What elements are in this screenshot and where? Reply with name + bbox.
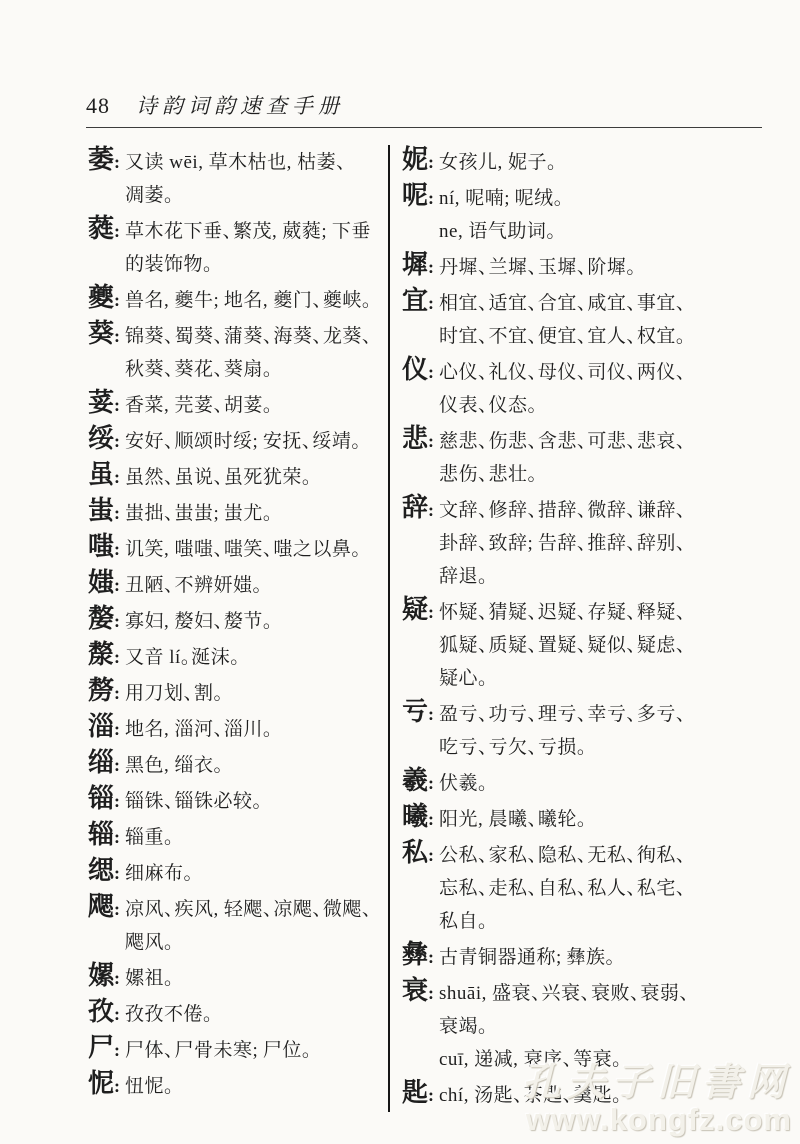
punctuation: 、 — [263, 893, 273, 926]
punctuation: , — [164, 533, 174, 566]
punctuation: , — [263, 284, 273, 317]
dict-entry: 萎:又读 wēi,草木枯也,枯萎、凋萎。 — [88, 143, 386, 212]
entry-colon: : — [114, 533, 120, 566]
entry-colon: : — [428, 182, 434, 215]
punctuation: 。 — [213, 749, 223, 782]
punctuation: , — [478, 803, 488, 836]
punctuation: 。 — [263, 713, 273, 746]
punctuation: 、 — [302, 425, 312, 458]
punctuation: 、 — [626, 698, 636, 731]
entry-headword: 萎 — [88, 143, 114, 176]
punctuation: 、 — [577, 872, 587, 905]
entry-headword: 媸 — [88, 566, 114, 599]
punctuation: 。 — [263, 353, 273, 386]
dict-entry: 亏:盈亏、功亏、理亏、幸亏、多亏、吃亏、亏欠、亏损。 — [402, 695, 728, 764]
entry-colon: : — [428, 803, 434, 836]
punctuation: , — [482, 977, 492, 1010]
punctuation: 、 — [336, 146, 346, 179]
punctuation: , — [464, 1079, 474, 1112]
punctuation: 。 — [527, 389, 537, 422]
punctuation: 。 — [164, 1070, 174, 1103]
definition-line: 卦辞、致辞;告辞、推辞、辞别、 — [439, 527, 728, 560]
entry-headword-group: 葵: — [88, 317, 125, 353]
entry-colon: : — [428, 596, 434, 629]
entry-definition: chí,汤匙、茶匙、羹匙。 — [439, 1079, 728, 1112]
punctuation: 、 — [577, 839, 587, 872]
punctuation: , — [458, 215, 468, 248]
punctuation: 、 — [164, 320, 174, 353]
entry-headword: 锱 — [88, 782, 114, 815]
punctuation: 、 — [527, 839, 537, 872]
entry-headword: 怩 — [88, 1067, 114, 1100]
definition-line: 古青铜器通称;彝族。 — [439, 941, 728, 974]
punctuation: 、 — [577, 698, 587, 731]
entry-colon: : — [114, 1034, 120, 1067]
entry-colon: : — [428, 146, 434, 179]
punctuation: 、 — [312, 893, 322, 926]
definition-line: 兽名,夔牛;地名,夔门、夔峡。 — [125, 284, 386, 317]
dict-entry: 缁:黑色,缁衣。 — [88, 746, 386, 782]
punctuation: 、 — [676, 698, 686, 731]
punctuation: 。 — [164, 179, 174, 212]
definition-line: 锦葵、蜀葵、蒲葵、海葵、龙葵、 — [125, 320, 386, 353]
punctuation: , — [455, 182, 465, 215]
entry-definition: 又读 wēi,草木枯也,枯萎、凋萎。 — [125, 146, 386, 212]
entry-headword-group: 嫠: — [88, 602, 125, 638]
dict-entry: 锱:锱铢、锱铢必较。 — [88, 782, 386, 818]
punctuation: 、 — [527, 698, 537, 731]
entry-definition: 公私、家私、隐私、无私、徇私、忘私、走私、自私、私人、私宅、私自。 — [439, 839, 728, 938]
punctuation: 、 — [478, 698, 488, 731]
punctuation: 、 — [478, 458, 488, 491]
definition-line: 安好、顺颂时绥;安抚、绥靖。 — [125, 425, 386, 458]
entry-colon: : — [428, 494, 434, 527]
punctuation: 、 — [577, 629, 587, 662]
punctuation: 、 — [263, 320, 273, 353]
entry-colon: : — [428, 839, 434, 872]
entry-headword: 蚩 — [88, 494, 114, 527]
punctuation: 、 — [577, 425, 587, 458]
definition-line: 伏羲。 — [439, 767, 728, 800]
entry-definition: 忸怩。 — [125, 1070, 386, 1103]
entry-definition: 相宜、适宜、合宜、咸宜、事宜、时宜、不宜、便宜、宜人、权宜。 — [439, 287, 728, 353]
punctuation: 、 — [626, 287, 636, 320]
entry-headword-group: 辎: — [88, 818, 125, 854]
punctuation: 。 — [546, 215, 556, 248]
definition-line: 讥笑,嗤嗤、嗤笑、嗤之以鼻。 — [125, 533, 386, 566]
right-column: 妮:女孩儿,妮子。呢:ní,呢喃;呢绒。ne,语气助词。墀:丹墀、兰墀、玉墀、阶… — [394, 143, 728, 1112]
punctuation: 、 — [478, 596, 488, 629]
punctuation: 、 — [184, 677, 194, 710]
entry-headword: 衰 — [402, 974, 428, 1007]
entry-colon: : — [428, 767, 434, 800]
punctuation: 、 — [676, 527, 686, 560]
punctuation: 、 — [263, 533, 273, 566]
dict-entry: 疑:怀疑、猜疑、迟疑、存疑、释疑、狐疑、质疑、置疑、疑似、疑虑、疑心。 — [402, 593, 728, 695]
punctuation: ; — [527, 527, 537, 560]
punctuation: 、 — [577, 320, 587, 353]
entry-headword-group: 疑: — [402, 593, 439, 629]
entry-headword-group: 墀: — [402, 248, 439, 284]
punctuation: 、 — [478, 731, 488, 764]
entry-colon: : — [428, 1079, 434, 1112]
dict-entry: 孜:孜孜不倦。 — [88, 995, 386, 1031]
punctuation: 、 — [527, 320, 537, 353]
entry-headword: 绥 — [88, 422, 114, 455]
punctuation: 、 — [679, 977, 689, 1010]
punctuation: 、 — [676, 425, 686, 458]
entry-headword-group: 羲: — [402, 764, 439, 800]
dict-entry: 剺:用刀划、割。 — [88, 674, 386, 710]
entry-definition: 香菜,芫荽、胡荽。 — [125, 389, 386, 422]
punctuation: 、 — [478, 287, 488, 320]
punctuation: 。 — [612, 1079, 622, 1112]
punctuation: 。 — [203, 998, 213, 1031]
punctuation: 、 — [213, 389, 223, 422]
entry-headword-group: 蕤: — [88, 212, 125, 248]
entry-headword-group: 锱: — [88, 782, 125, 818]
punctuation: 。 — [478, 1010, 488, 1043]
scanned-book-page: { "header": { "page_number": "48", "book… — [0, 0, 800, 1144]
entry-headword: 悲 — [402, 422, 428, 455]
dict-entry: 淄:地名,淄河、淄川。 — [88, 710, 386, 746]
punctuation: 。 — [577, 731, 587, 764]
entry-colon: : — [428, 425, 434, 458]
punctuation: 、 — [563, 1079, 573, 1112]
entry-colon: : — [114, 857, 120, 890]
punctuation: 。 — [605, 941, 615, 974]
punctuation: 、 — [626, 527, 636, 560]
punctuation: 、 — [164, 893, 174, 926]
punctuation: 。 — [626, 251, 636, 284]
entry-headword: 宜 — [402, 284, 428, 317]
entry-headword-group: 缁: — [88, 746, 125, 782]
dict-entry: 羲:伏羲。 — [402, 764, 728, 800]
punctuation: 。 — [302, 1034, 312, 1067]
punctuation: 、 — [676, 494, 686, 527]
definition-line: 文辞、修辞、措辞、微辞、谦辞、 — [439, 494, 728, 527]
entry-headword: 缁 — [88, 746, 114, 779]
punctuation: ; — [504, 182, 514, 215]
punctuation: 。 — [612, 1043, 622, 1076]
dict-entry: 蚩:蚩拙、蚩蚩;蚩尤。 — [88, 494, 386, 530]
punctuation: 、 — [577, 527, 587, 560]
entry-definition: 凉风、疾风,轻飔、凉飔、微飔、飔风。 — [125, 893, 386, 959]
definition-line: 私自。 — [439, 905, 728, 938]
definition-line: 女孩儿,妮子。 — [439, 146, 728, 179]
book-title: 诗韵词韵速查手册 — [136, 90, 344, 120]
punctuation: 、 — [478, 527, 488, 560]
punctuation: 、 — [164, 569, 174, 602]
punctuation: 、 — [676, 872, 686, 905]
entry-headword: 飔 — [88, 890, 114, 923]
entry-definition: 地名,淄河、淄川。 — [125, 713, 386, 746]
entry-headword: 彝 — [402, 938, 428, 971]
punctuation: 、 — [676, 356, 686, 389]
punctuation: 。 — [252, 785, 262, 818]
definition-line: ní,呢喃;呢绒。 — [439, 182, 728, 215]
entry-definition: 辎重。 — [125, 821, 386, 854]
entry-colon: : — [114, 893, 120, 926]
punctuation: 。 — [478, 662, 488, 695]
definition-line: 锱铢、锱铢必较。 — [125, 785, 386, 818]
entry-headword: 曦 — [402, 800, 428, 833]
punctuation: 。 — [478, 767, 488, 800]
entry-headword-group: 仪: — [402, 353, 439, 389]
punctuation: 、 — [527, 425, 537, 458]
punctuation: 。 — [164, 926, 174, 959]
punctuation: 。 — [362, 284, 372, 317]
entry-definition: 怀疑、猜疑、迟疑、存疑、释疑、狐疑、质疑、置疑、疑似、疑虑、疑心。 — [439, 596, 728, 695]
running-head: 48 诗韵词韵速查手册 — [86, 90, 762, 128]
punctuation: ; — [252, 425, 262, 458]
definition-line: 狐疑、质疑、置疑、疑似、疑虑、 — [439, 629, 728, 662]
entry-headword: 剺 — [88, 674, 114, 707]
punctuation: , — [164, 605, 174, 638]
entry-definition: 盈亏、功亏、理亏、幸亏、多亏、吃亏、亏欠、亏损。 — [439, 698, 728, 764]
entry-headword-group: 辞: — [402, 491, 439, 527]
punctuation: 。 — [478, 905, 488, 938]
dict-entry: 媸:丑陋、不辨妍媸。 — [88, 566, 386, 602]
definition-line: shuāi,盛衰、兴衰、衰败、衰弱、 — [439, 977, 728, 1010]
punctuation: 、 — [527, 494, 537, 527]
dict-entry: 嫘:嫘祖。 — [88, 959, 386, 995]
entry-definition: 兽名,夔牛;地名,夔门、夔峡。 — [125, 284, 386, 317]
dict-entry: 虽:虽然、虽说、虽死犹荣。 — [88, 458, 386, 494]
entry-colon: : — [114, 821, 120, 854]
punctuation: 、 — [164, 353, 174, 386]
dict-entry: 彝:古青铜器通称;彝族。 — [402, 938, 728, 974]
punctuation: , — [164, 749, 174, 782]
punctuation: 、 — [478, 839, 488, 872]
entry-headword-group: 剺: — [88, 674, 125, 710]
entry-headword-group: 宜: — [402, 284, 439, 320]
entry-headword: 亏 — [402, 695, 428, 728]
entry-definition: 丹墀、兰墀、玉墀、阶墀。 — [439, 251, 728, 284]
punctuation: 、 — [626, 356, 636, 389]
punctuation: 、 — [626, 872, 636, 905]
punctuation: 、 — [478, 251, 488, 284]
punctuation: 、 — [213, 605, 223, 638]
punctuation: 、 — [312, 320, 322, 353]
dict-entry: 荽:香菜,芫荽、胡荽。 — [88, 386, 386, 422]
entry-colon: : — [114, 320, 120, 353]
punctuation: 、 — [527, 356, 537, 389]
entry-colon: : — [428, 251, 434, 284]
entry-colon: : — [428, 941, 434, 974]
entry-headword: 尸 — [88, 1031, 114, 1064]
dict-entry: 妮:女孩儿,妮子。 — [402, 143, 728, 179]
entry-colon: : — [114, 749, 120, 782]
punctuation: ; — [213, 497, 223, 530]
punctuation: 。 — [164, 962, 174, 995]
entry-colon: : — [428, 287, 434, 320]
punctuation: 、 — [577, 251, 587, 284]
definition-line: 寡妇,嫠妇、嫠节。 — [125, 605, 386, 638]
punctuation: 、 — [531, 977, 541, 1010]
entry-headword-group: 虽: — [88, 458, 125, 494]
entry-headword-group: 悲: — [402, 422, 439, 458]
punctuation: 、 — [527, 251, 537, 284]
entry-colon: : — [114, 284, 120, 317]
entry-headword-group: 呢: — [402, 179, 439, 215]
definition-line: 辎重。 — [125, 821, 386, 854]
punctuation: 、 — [213, 353, 223, 386]
punctuation: 、 — [478, 629, 488, 662]
definition-line: 凋萎。 — [125, 179, 386, 212]
punctuation: 。 — [302, 461, 312, 494]
punctuation: 、 — [626, 596, 636, 629]
definition-line: 黑色,缁衣。 — [125, 749, 386, 782]
punctuation: 、 — [577, 287, 587, 320]
punctuation: 、 — [676, 287, 686, 320]
definition-line: cuī,递减,衰序、等衰。 — [439, 1043, 728, 1076]
punctuation: ; — [252, 1034, 262, 1067]
punctuation: 。 — [263, 605, 273, 638]
entry-definition: 心仪、礼仪、母仪、司仪、两仪、仪表、仪态。 — [439, 356, 728, 422]
punctuation: 、 — [676, 596, 686, 629]
punctuation: 、 — [577, 596, 587, 629]
entry-headword-group: 曦: — [402, 800, 439, 836]
definition-line: chí,汤匙、茶匙、羹匙。 — [439, 1079, 728, 1112]
punctuation: 。 — [577, 803, 587, 836]
entry-definition: 草木花下垂、繁茂,葳蕤;下垂的装饰物。 — [125, 215, 386, 281]
punctuation: 、 — [164, 1034, 174, 1067]
punctuation: , — [164, 284, 174, 317]
entry-definition: 寡妇,嫠妇、嫠节。 — [125, 605, 386, 638]
entry-headword-group: 漦: — [88, 638, 125, 674]
definition-line: 衰竭。 — [439, 1010, 728, 1043]
punctuation: 、 — [213, 461, 223, 494]
definition-line: 心仪、礼仪、母仪、司仪、两仪、 — [439, 356, 728, 389]
punctuation: 、 — [630, 977, 640, 1010]
dict-entry: 宜:相宜、适宜、合宜、咸宜、事宜、时宜、不宜、便宜、宜人、权宜。 — [402, 284, 728, 353]
entry-colon: : — [114, 605, 120, 638]
dict-entry: 怩:忸怩。 — [88, 1067, 386, 1103]
definition-line: 丹墀、兰墀、玉墀、阶墀。 — [439, 251, 728, 284]
punctuation: 、 — [527, 287, 537, 320]
left-column: 萎:又读 wēi,草木枯也,枯萎、凋萎。蕤:草木花下垂、繁茂,葳蕤;下垂的装饰物… — [88, 143, 386, 1112]
page-number: 48 — [86, 93, 110, 119]
column-divider — [388, 145, 390, 1112]
entry-colon: : — [114, 215, 120, 248]
punctuation: , — [272, 215, 282, 248]
entry-colon: : — [114, 461, 120, 494]
punctuation: 、 — [164, 785, 174, 818]
entry-definition: 伏羲。 — [439, 767, 728, 800]
punctuation: 、 — [527, 596, 537, 629]
dict-entry: 葵:锦葵、蜀葵、蒲葵、海葵、龙葵、秋葵、葵花、葵扇。 — [88, 317, 386, 386]
entry-colon: : — [114, 389, 120, 422]
definition-line: 秋葵、葵花、葵扇。 — [125, 353, 386, 386]
entry-headword: 嫘 — [88, 959, 114, 992]
dict-entry: 匙:chí,汤匙、茶匙、羹匙。 — [402, 1076, 728, 1112]
dict-entry: 缌:细麻布。 — [88, 854, 386, 890]
entry-definition: 讥笑,嗤嗤、嗤笑、嗤之以鼻。 — [125, 533, 386, 566]
entry-headword: 匙 — [402, 1076, 428, 1109]
definition-line: 虽然、虽说、虽死犹荣。 — [125, 461, 386, 494]
entry-colon: : — [428, 698, 434, 731]
entry-definition: ní,呢喃;呢绒。ne,语气助词。 — [439, 182, 728, 248]
definition-line: 用刀划、割。 — [125, 677, 386, 710]
dict-entry: 呢:ní,呢喃;呢绒。ne,语气助词。 — [402, 179, 728, 248]
punctuation: , — [164, 713, 174, 746]
punctuation: ; — [213, 284, 223, 317]
entry-colon: : — [114, 1070, 120, 1103]
punctuation: 、 — [478, 425, 488, 458]
punctuation: 、 — [563, 1043, 573, 1076]
definition-line: 辞退。 — [439, 560, 728, 593]
punctuation: 。 — [230, 641, 240, 674]
punctuation: 、 — [164, 425, 174, 458]
entry-headword: 漦 — [88, 638, 114, 671]
dict-entry: 嫠:寡妇,嫠妇、嫠节。 — [88, 602, 386, 638]
entry-colon: : — [114, 677, 120, 710]
definition-line: 慈悲、伤悲、含悲、可悲、悲哀、 — [439, 425, 728, 458]
punctuation: ; — [556, 941, 566, 974]
punctuation: 、 — [626, 494, 636, 527]
entry-definition: 用刀划、割。 — [125, 677, 386, 710]
punctuation: 。 — [478, 560, 488, 593]
entry-headword-group: 淄: — [88, 710, 125, 746]
definition-line: 丑陋、不辨妍媸。 — [125, 569, 386, 602]
entry-headword: 淄 — [88, 710, 114, 743]
definition-line: 疑心。 — [439, 662, 728, 695]
entry-headword-group: 夔: — [88, 281, 125, 317]
definition-line: 盈亏、功亏、理亏、幸亏、多亏、 — [439, 698, 728, 731]
punctuation: 、 — [312, 284, 322, 317]
punctuation: 、 — [577, 494, 587, 527]
definition-line: 吃亏、亏欠、亏损。 — [439, 731, 728, 764]
punctuation: , — [213, 893, 223, 926]
punctuation: 、 — [164, 461, 174, 494]
definition-line: 草木花下垂、繁茂,葳蕤;下垂 — [125, 215, 386, 248]
entry-headword: 荽 — [88, 386, 114, 419]
entry-headword: 孜 — [88, 995, 114, 1028]
dict-entry: 尸:尸体、尸骨未寒;尸位。 — [88, 1031, 386, 1067]
dict-entry: 蕤:草木花下垂、繁茂,葳蕤;下垂的装饰物。 — [88, 212, 386, 281]
definition-line: 又读 wēi,草木枯也,枯萎、 — [125, 146, 386, 179]
definition-line: 时宜、不宜、便宜、宜人、权宜。 — [439, 320, 728, 353]
entry-colon: : — [114, 146, 120, 179]
entry-headword: 嗤 — [88, 530, 114, 563]
dict-entry: 辞:文辞、修辞、措辞、微辞、谦辞、卦辞、致辞;告辞、推辞、辞别、辞退。 — [402, 491, 728, 593]
entry-definition: 文辞、修辞、措辞、微辞、谦辞、卦辞、致辞;告辞、推辞、辞别、辞退。 — [439, 494, 728, 593]
punctuation: 、 — [626, 320, 636, 353]
punctuation: 、 — [478, 320, 488, 353]
punctuation: 、 — [223, 215, 233, 248]
entry-headword: 疑 — [402, 593, 428, 626]
dict-entry: 嗤:讥笑,嗤嗤、嗤笑、嗤之以鼻。 — [88, 530, 386, 566]
entry-headword: 虽 — [88, 458, 114, 491]
punctuation: 、 — [478, 494, 488, 527]
definition-line: 公私、家私、隐私、无私、徇私、 — [439, 839, 728, 872]
dict-entry: 悲:慈悲、伤悲、含悲、可悲、悲哀、悲伤、悲壮。 — [402, 422, 728, 491]
entry-headword: 辎 — [88, 818, 114, 851]
entry-headword-group: 嫘: — [88, 959, 125, 995]
entry-definition: 嫘祖。 — [125, 962, 386, 995]
entry-definition: 蚩拙、蚩蚩;蚩尤。 — [125, 497, 386, 530]
entry-colon: : — [114, 998, 120, 1031]
entry-headword-group: 媸: — [88, 566, 125, 602]
dictionary-body: 萎:又读 wēi,草木枯也,枯萎、凋萎。蕤:草木花下垂、繁茂,葳蕤;下垂的装饰物… — [0, 143, 800, 1112]
punctuation: 、 — [478, 872, 488, 905]
punctuation: , — [287, 146, 297, 179]
entry-headword: 缌 — [88, 854, 114, 887]
punctuation: 。 — [676, 320, 686, 353]
entry-colon: : — [428, 356, 434, 389]
entry-definition: 细麻布。 — [125, 857, 386, 890]
